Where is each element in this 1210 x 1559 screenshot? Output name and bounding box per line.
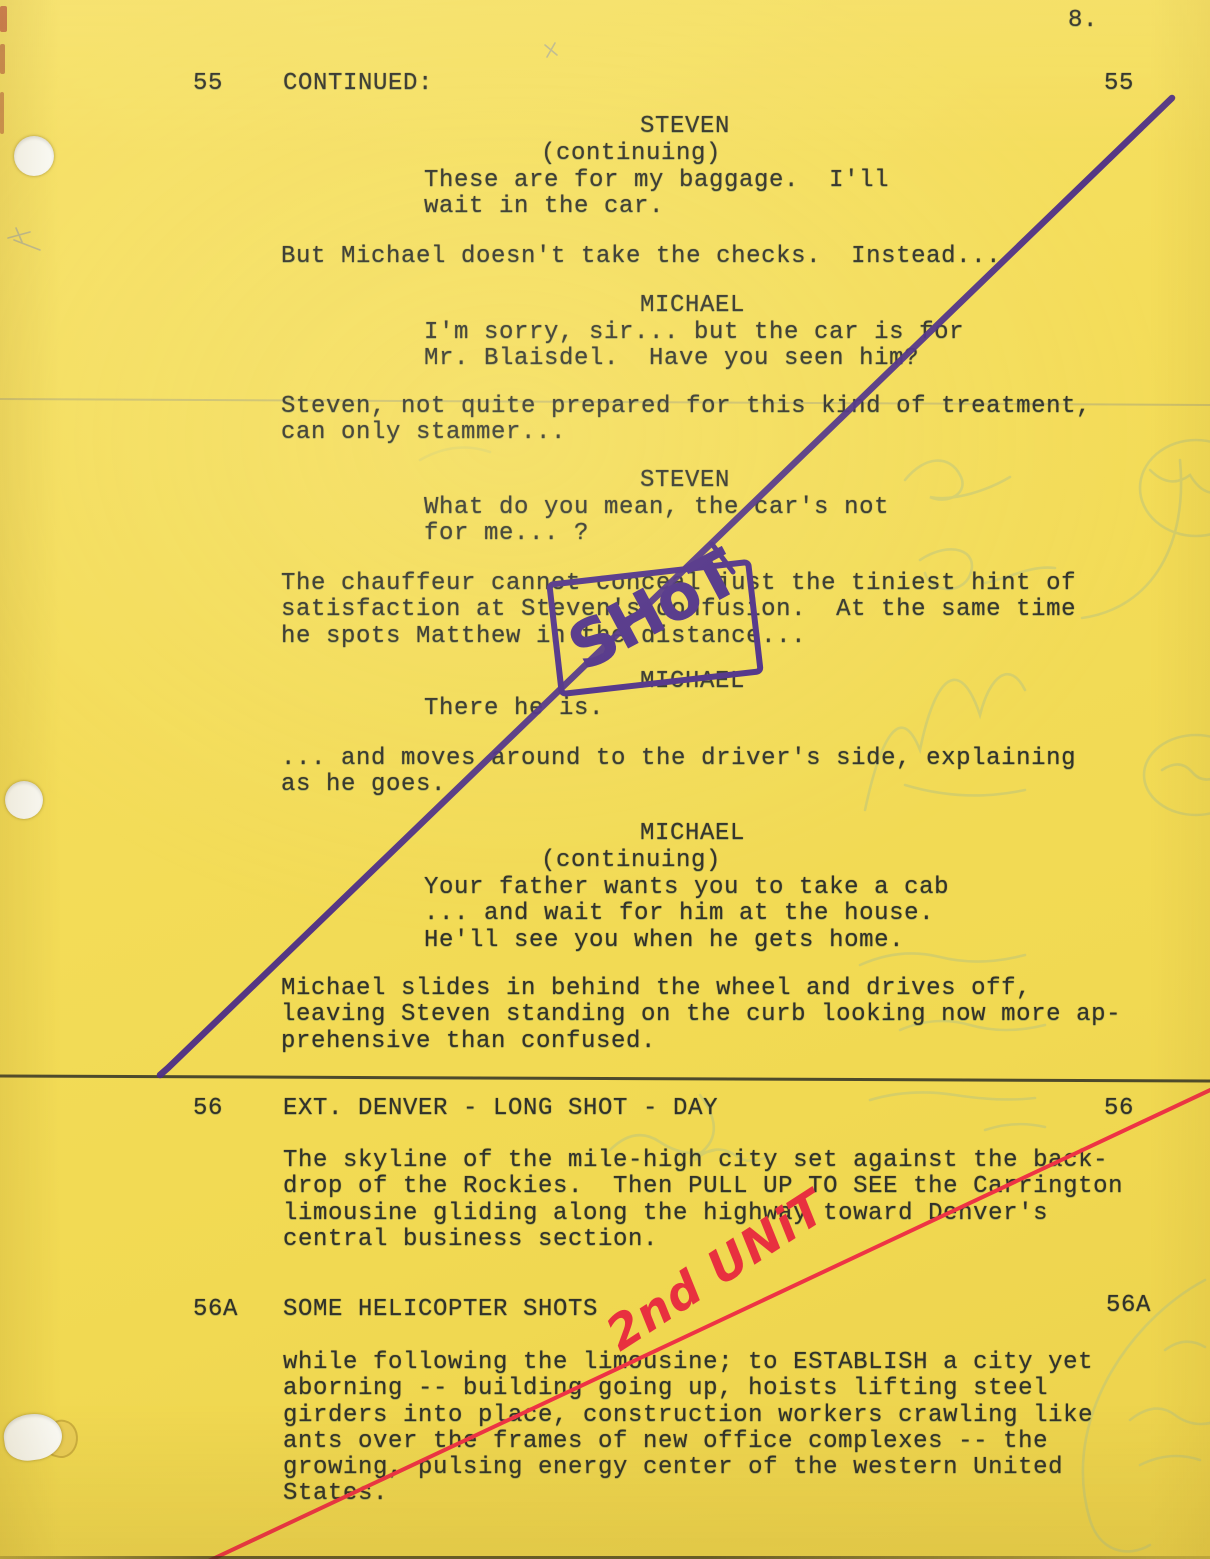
scene-56a-number-right: 56A [1106,1293,1151,1319]
action-text: But Michael doesn't take the checks. Ins… [281,244,1001,270]
script-page: 8. 55 CONTINUED: 55 STEVEN (continuing) … [0,0,1210,1559]
character-name: STEVEN [640,468,730,494]
action-text: ... and moves around to the driver's sid… [281,746,1076,799]
parenthetical: (continuing) [541,848,721,874]
character-name: MICHAEL [640,293,745,319]
dialogue-text: Your father wants you to take a cab ... … [424,875,949,954]
scene-separator-line [0,1076,1210,1081]
action-text: The chauffeur cannot conceal just the ti… [281,571,1076,650]
hole-punch-middle [5,781,43,819]
character-name: MICHAEL [640,669,745,695]
dialogue-text: There he is. [424,696,604,722]
pen-overshoot [712,544,733,572]
action-text: Michael slides in behind the wheel and d… [281,976,1121,1055]
dialogue-text: I'm sorry, sir... but the car is for Mr.… [424,320,964,373]
edge-ink-mark [0,6,7,32]
parenthetical: (continuing) [541,141,721,167]
character-name: STEVEN [640,114,730,140]
action-text: Steven, not quite prepared for this kind… [281,394,1091,447]
action-text: The skyline of the mile-high city set ag… [283,1148,1123,1253]
scene-55-number-right: 55 [1104,71,1134,97]
scene-56-heading: EXT. DENVER - LONG SHOT - DAY [283,1096,718,1122]
scene-55-heading: CONTINUED: [283,71,433,97]
dialogue-text: What do you mean, the car's not for me..… [424,495,889,548]
scene-56-number-left: 56 [193,1096,223,1122]
edge-ink-mark [0,44,5,74]
scene-56-number-right: 56 [1104,1096,1134,1122]
edge-ink-mark [0,92,4,134]
action-text: while following the limousine; to ESTABL… [283,1350,1093,1508]
scene-56a-number-left: 56A [193,1297,238,1323]
scene-56a-heading: SOME HELICOPTER SHOTS [283,1297,598,1323]
page-number: 8. [1068,8,1098,34]
character-name: MICHAEL [640,821,745,847]
hole-punch-top [14,136,54,176]
scene-55-number-left: 55 [193,71,223,97]
dialogue-text: These are for my baggage. I'll wait in t… [424,168,889,221]
